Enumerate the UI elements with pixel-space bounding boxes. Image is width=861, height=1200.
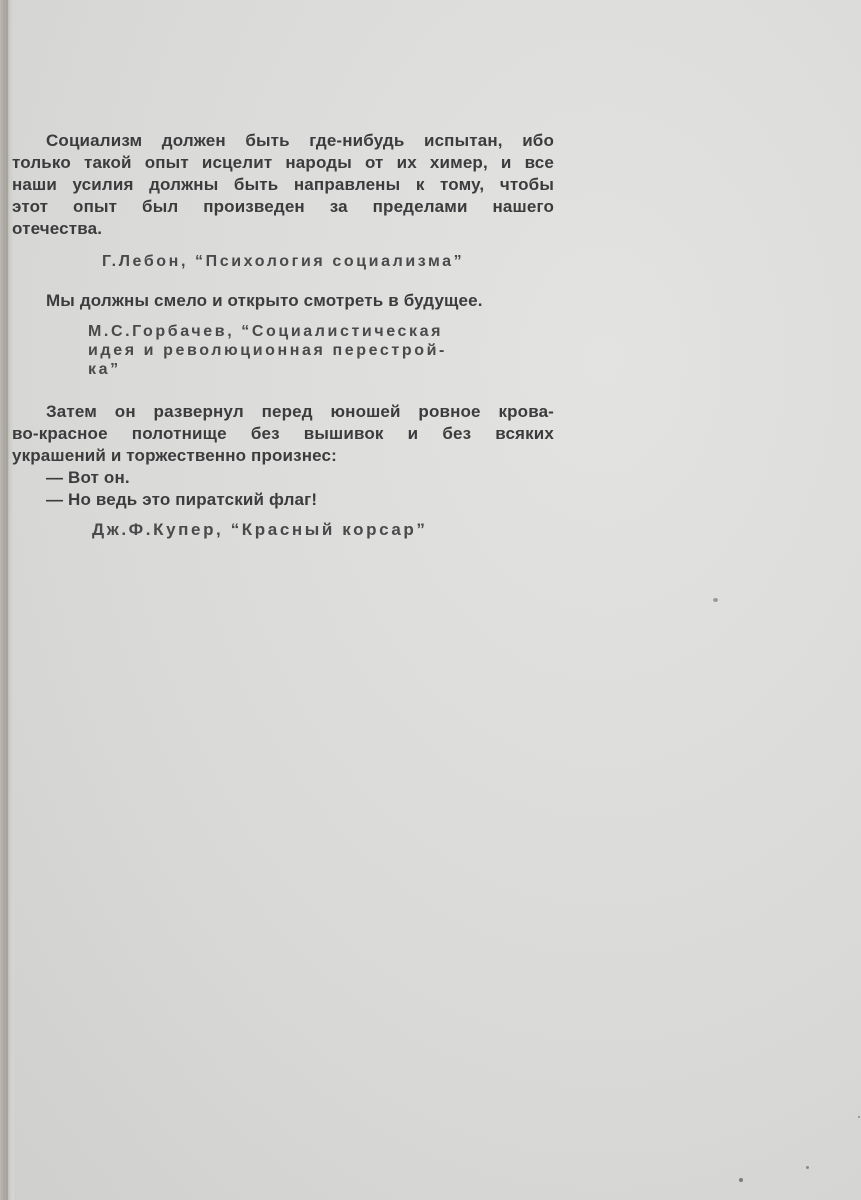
text-line: украшений и торжественно произнес:	[12, 445, 554, 467]
epigraph-gorbachev-text: Мы должны смело и открыто смотреть в буд…	[12, 290, 554, 312]
text-line: только такой опыт исцелит народы от их х…	[12, 152, 554, 174]
attribution-line: М.С.Горбачев, “Социалистическая	[88, 322, 447, 341]
text-line: Социализм должен быть где-нибудь испытан…	[12, 130, 554, 152]
text-line: наши усилия должны быть направлены к том…	[12, 174, 554, 196]
paper-speck	[739, 1178, 743, 1182]
attribution-line: идея и революционная перестрой-	[88, 341, 447, 360]
paper-speck	[713, 598, 718, 602]
epigraph-gorbachev-attribution: М.С.Горбачев, “Социалистическая идея и р…	[88, 322, 447, 379]
text-line: Затем он развернул перед юношей ровное к…	[12, 401, 554, 423]
epigraph-lebon-attribution: Г.Лебон, “Психология социализма”	[102, 252, 464, 271]
text-line: во-красное полотнище без вышивок и без в…	[12, 423, 554, 445]
dialogue-line: — Вот он.	[12, 467, 554, 489]
epigraph-cooper-attribution: Дж.Ф.Купер, “Красный корсар”	[92, 520, 428, 539]
epigraph-cooper-text: Затем он развернул перед юношей ровное к…	[12, 401, 554, 511]
epigraph-lebon-text: Социализм должен быть где-нибудь испытан…	[12, 130, 554, 240]
binding-crease	[6, 0, 8, 1200]
attribution-line: ка”	[88, 360, 447, 379]
dialogue-line: — Но ведь это пиратский флаг!	[12, 489, 554, 511]
paper-speck	[858, 1116, 860, 1118]
paper-speck	[806, 1166, 809, 1169]
text-line: отечества.	[12, 218, 554, 240]
text-line: Мы должны смело и открыто смотреть в буд…	[12, 290, 554, 312]
text-line: этот опыт был произведен за пределами на…	[12, 196, 554, 218]
